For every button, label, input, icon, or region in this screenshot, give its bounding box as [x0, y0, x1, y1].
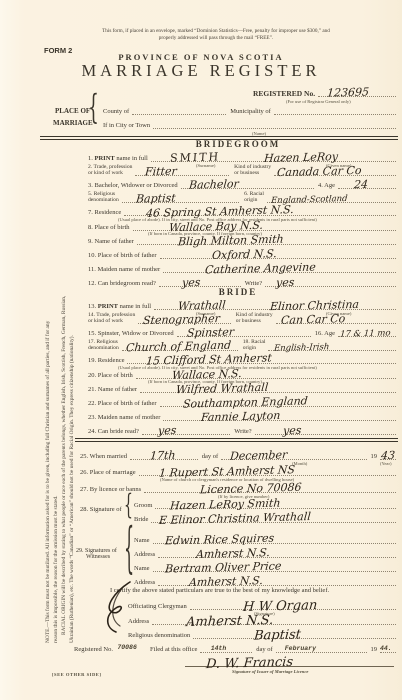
see-other-side-note: [SEE OTHER SIDE] — [52, 672, 101, 677]
margin-note-line2: reason this is impossible, the reason fo… — [52, 147, 60, 643]
field-bride-residence: 19. Residence 15 Clifford St Amherst — [88, 352, 396, 364]
clergyman-denomination-line: Baptist — [193, 623, 396, 639]
bride-father-label: 21. Name of father — [88, 386, 140, 393]
groom-birthplace-label: 8. Place of birth — [88, 224, 133, 231]
groom-father-line: Bligh Milton Smith — [137, 232, 396, 245]
field-groom-signature: Groom Hazen LeRoy Smith — [134, 497, 396, 509]
city-town-label: If in City or Town — [103, 122, 153, 129]
margin-note-line1: NOTE.—This form must not be mutilated. A… — [44, 147, 52, 643]
groom-religion-label: 5. Religiousdenomination — [88, 191, 122, 203]
place-of-label: PLACE OF — [55, 107, 90, 115]
marriage-register-form: This form, if placed in an envelope, mar… — [0, 0, 402, 700]
bride-mother-line: Fannie Layton — [163, 408, 396, 421]
field-bride-birthplace: 20. Place of birth Wallace N.S. — [88, 367, 396, 379]
groom-industry-line: Canada Car Co — [274, 160, 396, 176]
groom-residence-label: 7. Residence — [88, 209, 124, 216]
registered-no-row: REGISTERED No. 123695 — [253, 84, 396, 97]
issuer-signature-note: Signature of Issuer of Marriage Licence — [232, 669, 308, 674]
margin-note-line3: RACIAL ORIGIN will be described by stati… — [60, 147, 68, 643]
married-day-value: 17th — [150, 449, 177, 463]
witness1-address-line: Amherst N.S. — [158, 544, 396, 558]
groom-read-line: yes — [159, 274, 241, 287]
married-month-line: December — [221, 445, 366, 460]
groom-birthplace-line: Wallace Bay N.S. — [133, 218, 396, 231]
bride-sig-line: E Elinor Christina Wrathall — [151, 510, 396, 523]
field-witness2-address: Address Amherst N.S. — [134, 573, 396, 586]
registered-no-value: 123695 — [327, 85, 370, 99]
footer-registered-label: Registered No. — [74, 646, 116, 653]
year-prefix: 19 — [367, 453, 381, 460]
groom-father-birthplace-label: 10. Place of birth of father — [88, 252, 160, 259]
field-bride-trade: 14. Trade, professionor kind of work Ste… — [88, 309, 396, 324]
groom-mother-line: Catherine Angevine — [163, 260, 396, 273]
bride-racial-label: 18. Racialorigin — [238, 339, 269, 351]
groom-read-label: 12. Can bridegroom read? — [88, 280, 159, 287]
witness1-name-line: Edwin Rice Squires — [153, 530, 396, 544]
bride-read-value: yes — [157, 424, 176, 438]
married-day-line: 17th — [130, 445, 198, 460]
place-county-row: County of Municipality of — [103, 103, 396, 115]
city-town-line — [153, 116, 396, 129]
marriage-label: MARRIAGE — [53, 119, 93, 127]
bride-signature-value: E Elinor Christina Wrathall — [158, 510, 311, 527]
clergyman-denomination-label: Religious denomination — [128, 632, 193, 639]
witness1-name-label: Name — [134, 537, 153, 544]
groom-racial-label: 6. Racialorigin — [239, 191, 267, 203]
margin-note-line4: Ukrainian (Ruthenian), etc. The words “C… — [68, 147, 76, 643]
field-groom-father: 9. Name of father Bligh Milton Smith — [88, 233, 396, 245]
mail-note-line2: properly addressed will pass through the… — [68, 35, 364, 42]
witnesses-label: 29. Signatures of Witnesses — [76, 548, 120, 560]
divider-double-rule-mid — [75, 438, 398, 442]
issuer-signature-line: D. W. Francis — [185, 649, 394, 667]
bride-industry-line: Can Car Co — [276, 308, 396, 324]
bride-trade-label: 14. Trade, professionor kind of work — [88, 312, 138, 324]
bride-father-birthplace-line: Southampton England — [160, 394, 396, 407]
field-bride-father: 21. Name of father Wilfred Wrathall — [88, 381, 396, 393]
margin-notes: NOTE.—This form must not be mutilated. A… — [44, 147, 76, 643]
bride-father-birthplace-label: 22. Place of birth of father — [88, 400, 160, 407]
groom-racial-line: England-Scotland — [267, 188, 396, 203]
rel-l2: denomination — [88, 197, 119, 203]
rel-l2: denomination — [88, 345, 119, 351]
bride-birthplace-label: 20. Place of birth — [88, 372, 136, 379]
field-groom-mother: 11. Maiden name of mother Catherine Ange… — [88, 261, 396, 273]
county-line — [132, 102, 226, 115]
groom-father-label: 9. Name of father — [88, 238, 137, 245]
mail-note-line1: This form, if placed in an envelope, mar… — [68, 28, 364, 35]
groom-write-label: Write? — [241, 280, 265, 287]
field-bride-father-birthplace: 22. Place of birth of father Southampton… — [88, 395, 396, 407]
bride-sig-label: Bride — [134, 516, 151, 523]
field-witness1-address: Address Amherst N.S. — [134, 545, 396, 558]
page-title: MARRIAGE REGISTER — [0, 61, 402, 81]
groom-religion-line: Baptist — [122, 188, 239, 203]
groom-father-birthplace-line: Oxford N.S. — [160, 246, 396, 259]
signature-of-label: 28. Signature of — [80, 506, 125, 513]
bride-residence-line: 15 Clifford St Amherst — [127, 351, 396, 364]
registered-no-line: 123695 — [318, 83, 396, 97]
bride-residence-label: 19. Residence — [88, 357, 127, 364]
bride-read-line: yes — [142, 422, 230, 435]
field-witness2-name: Name Bertram Oliver Price — [134, 559, 396, 572]
place-city-row: If in City or Town — [103, 117, 396, 129]
licence-line: Licence No 70086 — [144, 479, 396, 493]
field-place-of-marriage: 26. Place of marriage 1 Rupert St Amhers… — [80, 463, 396, 476]
groom-sig-line: Hazen LeRoy Smith — [155, 496, 396, 509]
witnesses-l2: Witnesses — [76, 554, 117, 560]
mail-instruction-note: This form, if placed in an envelope, mar… — [68, 28, 364, 41]
municipality-line — [274, 102, 396, 115]
field-groom-literacy: 12. Can bridegroom read? yes Write? yes — [88, 275, 396, 287]
place-of-marriage-label: 26. Place of marriage — [80, 469, 139, 476]
bride-write-label: Write? — [230, 428, 254, 435]
field-groom-residence: 7. Residence 46 Spring St Amherst N.S. — [88, 204, 396, 216]
bride-read-label: 24. Can bride read? — [88, 428, 142, 435]
trade-l2: or kind of work — [88, 318, 135, 324]
groom-trade-label: 2. Trade, professionor kind of work — [88, 164, 135, 176]
field-bride-mother: 23. Maiden name of mother Fannie Layton — [88, 409, 396, 421]
field-bride-signature: Bride E Elinor Christina Wrathall — [134, 511, 396, 523]
bride-trade-line: Stenographer — [138, 308, 231, 324]
bride-mother-label: 23. Maiden name of mother — [88, 414, 163, 421]
brace-witnesses: { — [124, 522, 134, 576]
field-groom-father-birthplace: 10. Place of birth of father Oxford N.S. — [88, 247, 396, 259]
bride-religion-line: Church of England — [122, 336, 238, 351]
field-bride-literacy: 24. Can bride read? yes Write? yes — [88, 423, 396, 435]
groom-sig-label: Groom — [134, 502, 155, 509]
municipality-label: Municipality of — [226, 108, 274, 115]
groom-write-line: yes — [265, 274, 396, 287]
witness2-name-line: Bertram Oliver Price — [153, 558, 396, 572]
groom-residence-line: 46 Spring St Amherst N.S. — [124, 203, 396, 216]
bride-racial-line: English-Irish — [268, 336, 396, 351]
bride-religion-label: 17. Religiousdenomination — [88, 339, 122, 351]
bride-father-line: Wilfred Wrathall — [140, 380, 396, 393]
bride-industry-label: Kind of industryor business — [231, 312, 276, 324]
groom-industry-label: Kind of industryor business — [229, 164, 274, 176]
married-month-value: December — [229, 448, 287, 463]
bride-write-value: yes — [282, 424, 301, 438]
field-groom-religion: 5. Religiousdenomination Baptist 6. Raci… — [88, 189, 396, 203]
field-issuer-signature: D. W. Francis — [185, 650, 394, 667]
witness2-name-label: Name — [134, 565, 153, 572]
footer-registered-line: 70086 — [116, 640, 150, 653]
bride-write-line: yes — [255, 422, 396, 435]
field-groom-trade: 2. Trade, professionor kind of work Fitt… — [88, 161, 396, 176]
married-year-line: 43 — [380, 445, 396, 460]
day-of-label: day of — [198, 453, 221, 460]
registered-no-label: REGISTERED No. — [253, 90, 318, 97]
bride-birthplace-line: Wallace N.S. — [136, 366, 396, 379]
field-when-married: 25. When married 17th day of December 19… — [80, 446, 396, 460]
witness1-address-label: Address — [134, 551, 158, 558]
trade-l2: or kind of work — [88, 170, 132, 176]
footer-registered-value: 70086 — [117, 644, 137, 651]
field-bride-religion: 17. Religiousdenomination Church of Engl… — [88, 337, 396, 351]
when-married-label: 25. When married — [80, 453, 130, 460]
field-clergyman-denomination: Religious denomination Baptist — [128, 624, 396, 639]
witness2-address-line: Amherst N.S. — [158, 572, 396, 586]
place-of-marriage-line: 1 Rupert St Amherst NS — [139, 462, 396, 476]
groom-trade-line: Fitter — [135, 160, 229, 176]
county-label: County of — [103, 108, 132, 115]
groom-mother-label: 11. Maiden name of mother — [88, 266, 163, 273]
field-witness1-name: Name Edwin Rice Squires — [134, 531, 396, 544]
licence-label: 27. By licence or banns — [80, 486, 144, 493]
field-groom-birthplace: 8. Place of birth Wallace Bay N.S. — [88, 219, 396, 231]
